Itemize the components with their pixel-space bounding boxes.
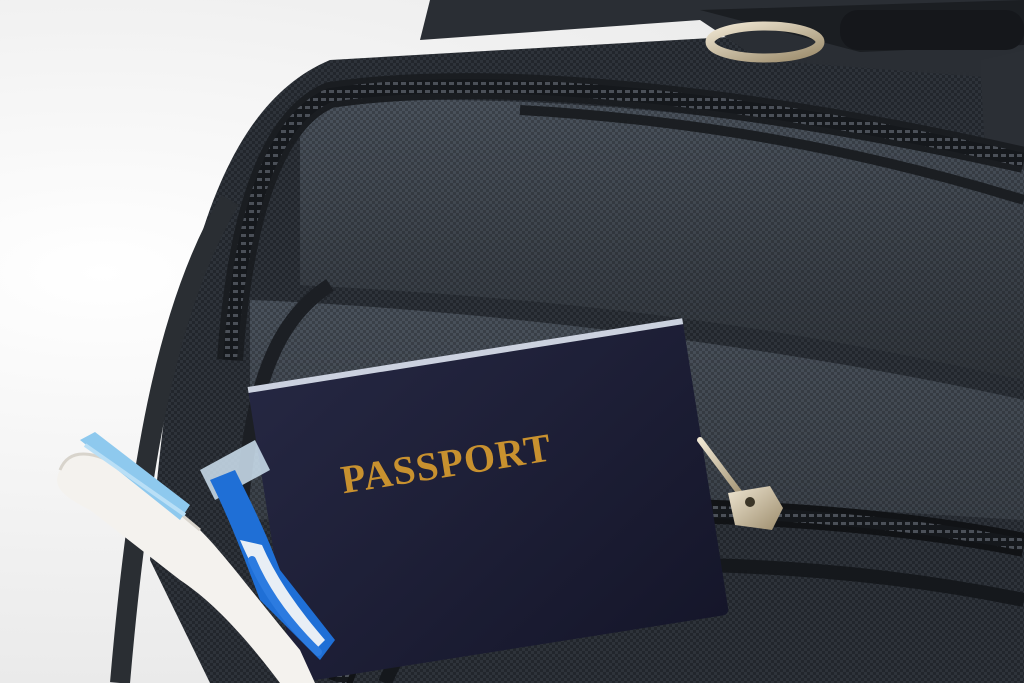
- suitcase-illustration: PASSPORT: [0, 0, 1024, 683]
- photo-scene: PASSPORT: [0, 0, 1024, 683]
